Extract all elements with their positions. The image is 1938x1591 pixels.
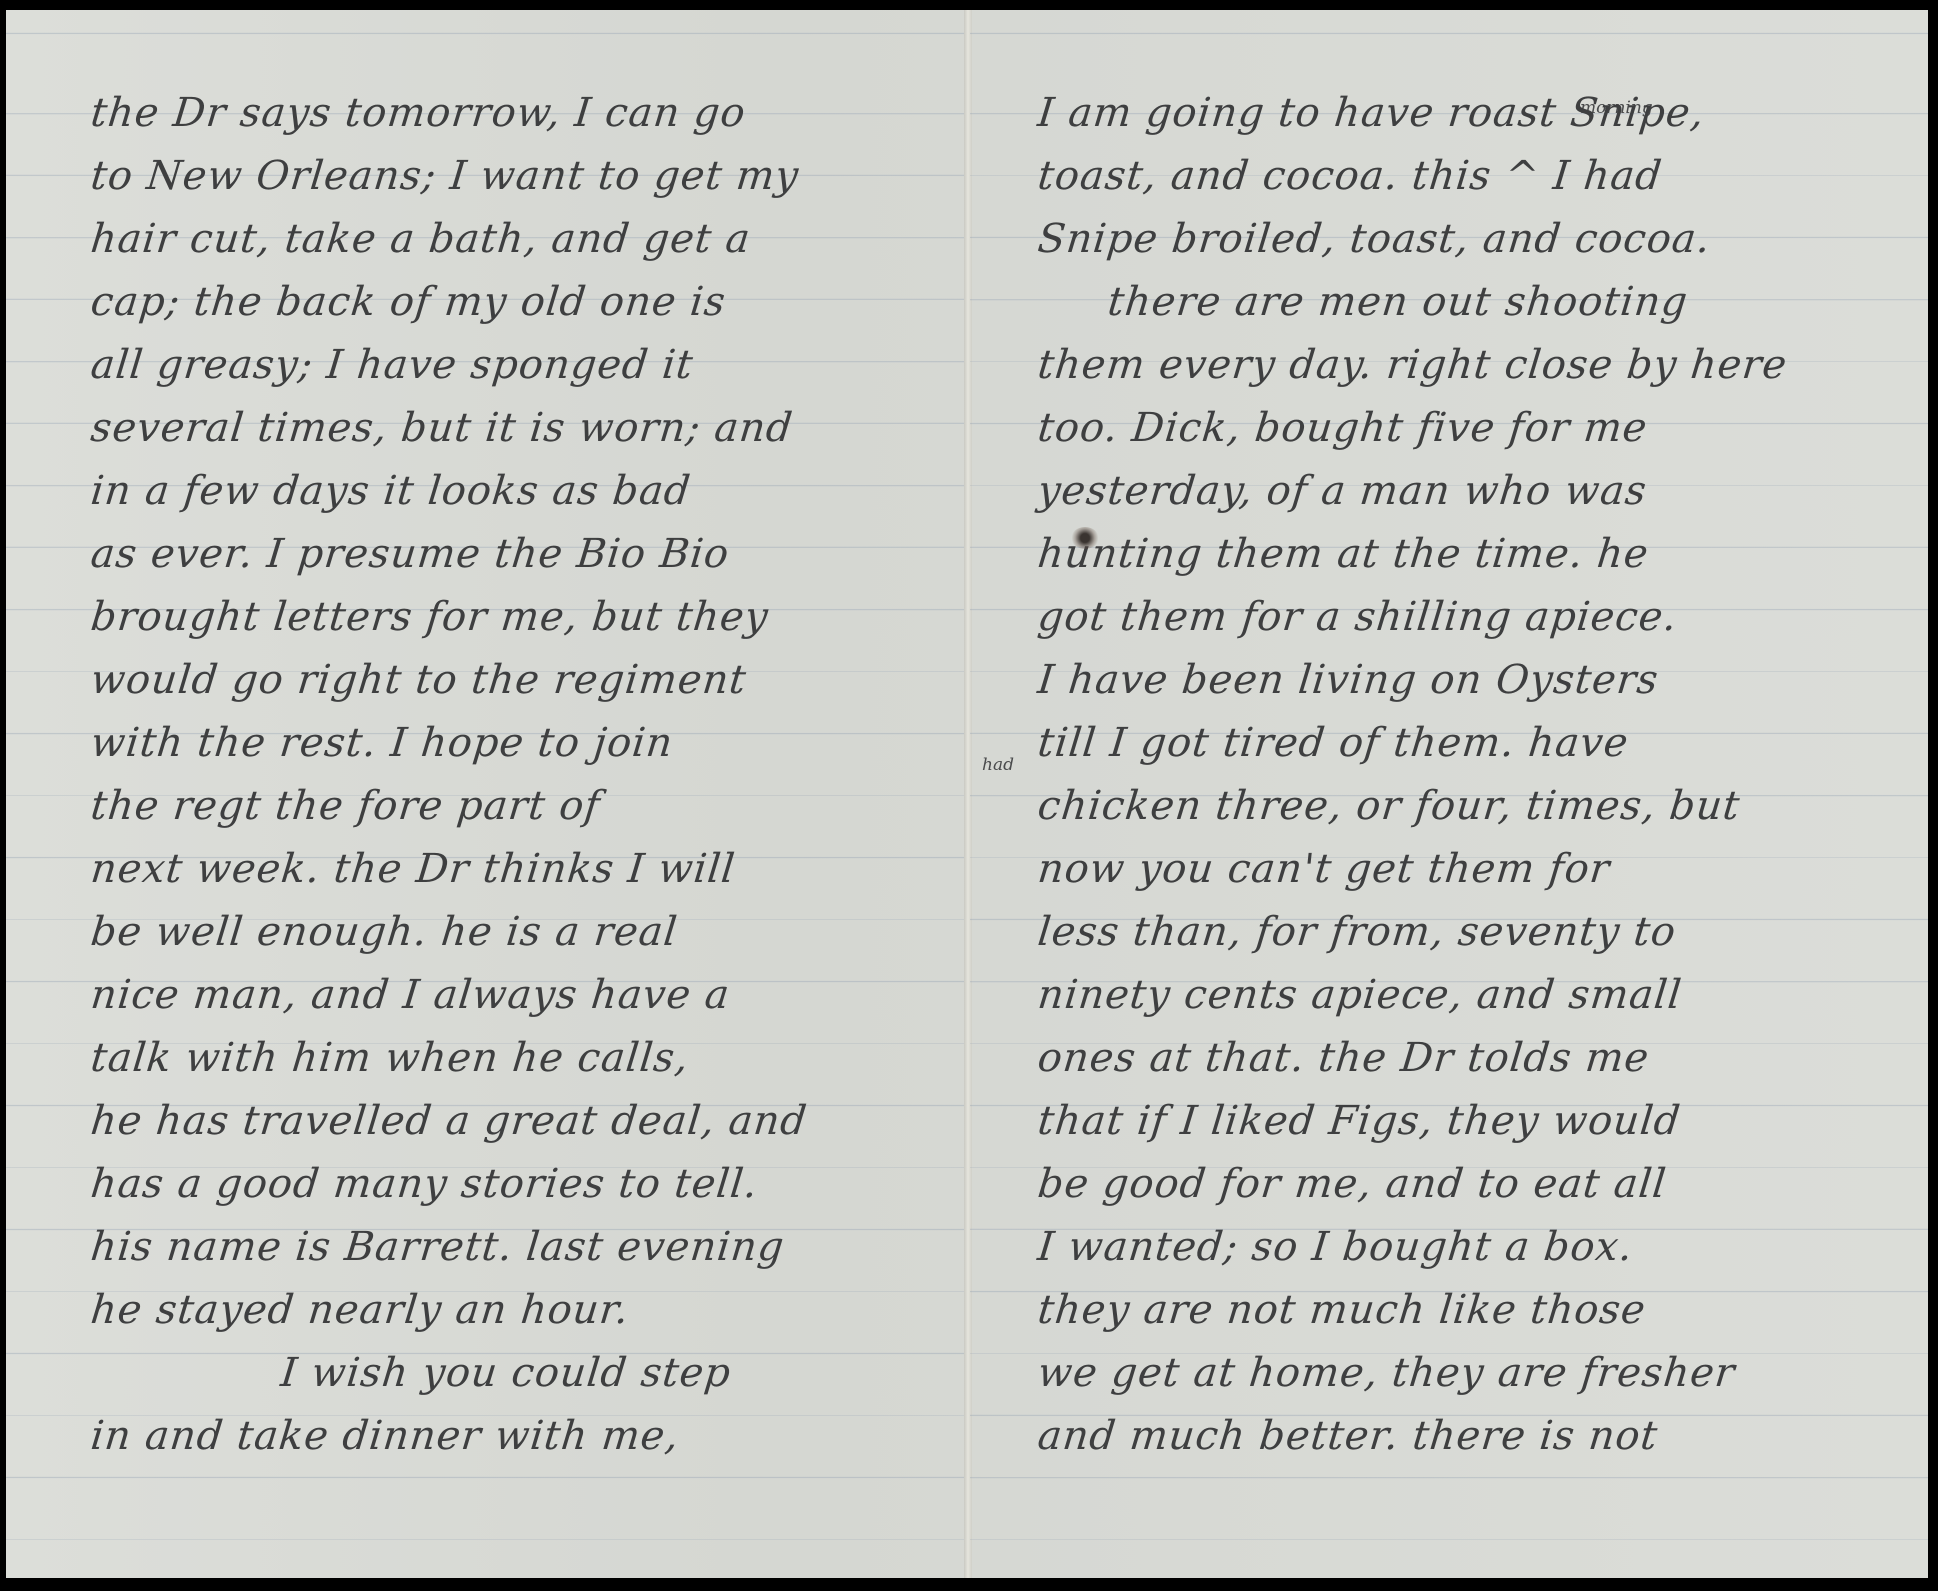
text-line: hunting them at the time. he (1035, 523, 1791, 586)
text-line: chicken three, or four, times, but (1035, 775, 1791, 838)
text-line: the Dr says tomorrow, I can go (88, 82, 811, 145)
text-line: talk with him when he calls, (88, 1027, 811, 1090)
text-line: several times, but it is worn; and (88, 397, 811, 460)
text-line: toast, and cocoa. this ^ I had (1035, 145, 1791, 208)
text-line: as ever. I presume the Bio Bio (88, 523, 811, 586)
text-line: all greasy; I have sponged it (88, 334, 811, 397)
text-line: I wish you could step (88, 1342, 811, 1405)
text-line: next week. the Dr thinks I will (88, 838, 811, 901)
margin-note: had (982, 755, 1014, 775)
text-line: now you can't get them for (1035, 838, 1791, 901)
letter-sheet: the Dr says tomorrow, I can go to New Or… (6, 10, 1928, 1578)
text-line: Snipe broiled, toast, and cocoa. (1035, 208, 1791, 271)
right-page-text: I am going to have roast Snipe, toast, a… (1038, 82, 1787, 1468)
right-page: morning had I am going to have roast Sni… (970, 10, 1928, 1578)
text-line: less than, for from, seventy to (1035, 901, 1791, 964)
text-line: we get at home, they are fresher (1035, 1342, 1791, 1405)
text-line: in a few days it looks as bad (88, 460, 811, 523)
left-page-text: the Dr says tomorrow, I can go to New Or… (91, 82, 807, 1468)
text-line: nice man, and I always have a (88, 964, 811, 1027)
text-line: ones at that. the Dr tolds me (1035, 1027, 1791, 1090)
text-line: I am going to have roast Snipe, (1035, 82, 1791, 145)
text-line: got them for a shilling apiece. (1035, 586, 1791, 649)
text-line: they are not much like those (1035, 1279, 1791, 1342)
text-line: hair cut, take a bath, and get a (88, 208, 811, 271)
text-line: I have been living on Oysters (1035, 649, 1791, 712)
text-line: ninety cents apiece, and small (1035, 964, 1791, 1027)
text-line: cap; the back of my old one is (88, 271, 811, 334)
text-line: them every day. right close by here (1035, 334, 1791, 397)
text-line: be good for me, and to eat all (1035, 1153, 1791, 1216)
text-line: and much better. there is not (1035, 1405, 1791, 1468)
text-line: he has travelled a great deal, and (88, 1090, 811, 1153)
text-line: brought letters for me, but they (88, 586, 811, 649)
text-line: yesterday, of a man who was (1035, 460, 1791, 523)
text-line: till I got tired of them. have (1035, 712, 1791, 775)
text-line: I wanted; so I bought a box. (1035, 1216, 1791, 1279)
ink-stain (1071, 527, 1099, 549)
text-line: his name is Barrett. last evening (88, 1216, 811, 1279)
text-line: he stayed nearly an hour. (88, 1279, 811, 1342)
text-line: with the rest. I hope to join (88, 712, 811, 775)
text-line: be well enough. he is a real (88, 901, 811, 964)
text-line: the regt the fore part of (88, 775, 811, 838)
text-line: to New Orleans; I want to get my (88, 145, 811, 208)
text-line: in and take dinner with me, (88, 1405, 811, 1468)
text-line: would go right to the regiment (88, 649, 811, 712)
text-line: too. Dick, bought five for me (1035, 397, 1791, 460)
text-line: there are men out shooting (1035, 271, 1791, 334)
text-line: has a good many stories to tell. (88, 1153, 811, 1216)
text-line: that if I liked Figs, they would (1035, 1090, 1791, 1153)
left-page: the Dr says tomorrow, I can go to New Or… (6, 10, 966, 1578)
